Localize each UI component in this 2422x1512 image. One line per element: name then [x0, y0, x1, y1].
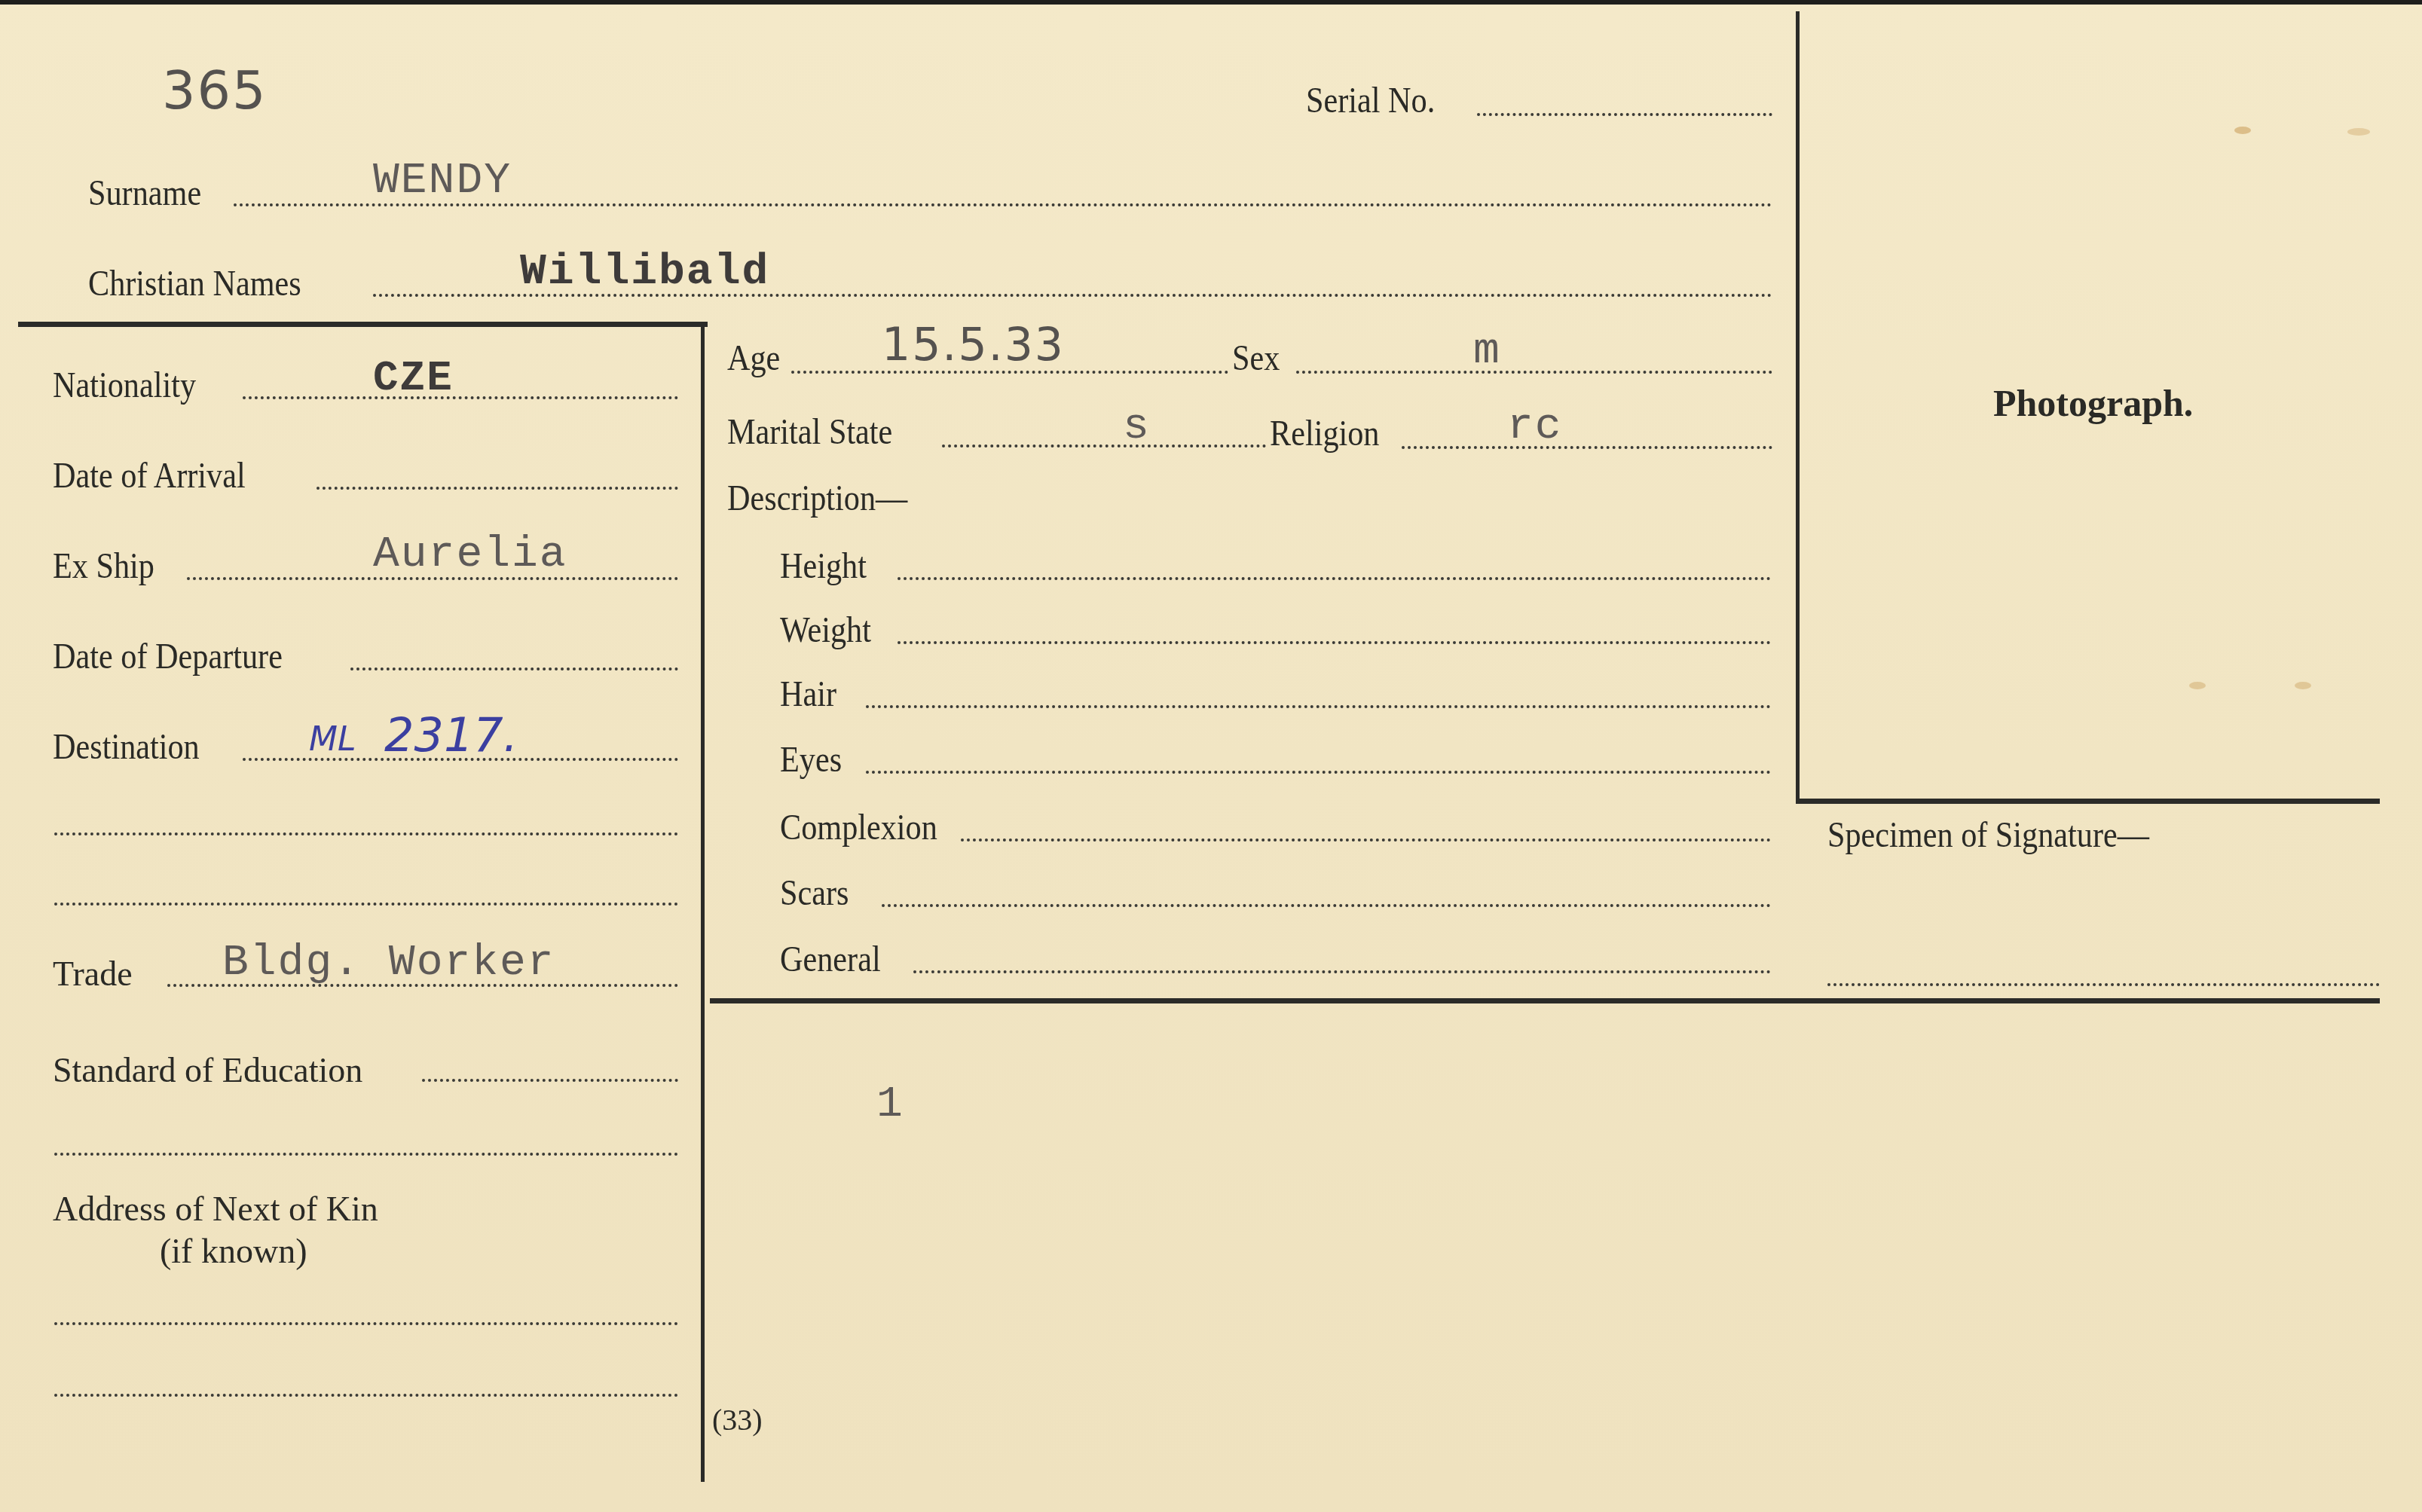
- record-number: 365: [162, 64, 268, 117]
- signature-label: Specimen of Signature—: [1827, 817, 2149, 854]
- destination-prefix: ML: [309, 723, 356, 756]
- ex-ship-label: Ex Ship: [53, 548, 154, 585]
- destination-extra-line-2[interactable]: [54, 903, 678, 906]
- date-of-arrival-field[interactable]: [317, 487, 678, 490]
- next-of-kin-label: Address of Next of Kin: [53, 1192, 378, 1226]
- serial-no-field[interactable]: [1477, 113, 1772, 116]
- date-of-departure-label: Date of Departure: [53, 639, 283, 675]
- typed-note: 1: [876, 1083, 904, 1127]
- surname-label: Surname: [88, 176, 201, 212]
- trade-value: Bldg. Worker: [222, 942, 555, 985]
- description-eyes-field[interactable]: [866, 771, 1771, 774]
- age-value: 15.5.33: [882, 322, 1065, 368]
- destination-label: Destination: [53, 729, 200, 765]
- christian-names-label: Christian Names: [88, 266, 301, 302]
- description-label: Description—: [727, 481, 907, 517]
- description-scars-field[interactable]: [882, 904, 1771, 907]
- religion-label: Religion: [1270, 416, 1379, 452]
- paper-stain: [2347, 128, 2370, 136]
- card-top-edge: [0, 0, 2422, 5]
- serial-no-label: Serial No.: [1306, 83, 1435, 119]
- description-height-field[interactable]: [898, 577, 1771, 580]
- paper-stain: [2189, 682, 2206, 689]
- sex-label: Sex: [1232, 341, 1280, 377]
- description-scars-label: Scars: [780, 875, 849, 912]
- next-of-kin-sublabel: (if known): [160, 1234, 307, 1269]
- marital-state-label: Marital State: [727, 414, 892, 451]
- education-label: Standard of Education: [53, 1053, 362, 1088]
- description-hair-field[interactable]: [866, 705, 1771, 708]
- photograph-area[interactable]: [1801, 11, 2380, 795]
- religion-value: rc: [1507, 405, 1563, 449]
- surname-value: WENDY: [373, 160, 512, 203]
- description-general-label: General: [780, 942, 881, 978]
- rule-left-vertical: [701, 322, 705, 1482]
- christian-names-value: Willibald: [520, 251, 769, 295]
- signature-field[interactable]: [1827, 983, 2380, 986]
- next-of-kin-line-2[interactable]: [54, 1394, 678, 1397]
- form-code: (33): [712, 1405, 763, 1435]
- age-label: Age: [727, 341, 780, 377]
- description-general-field[interactable]: [913, 970, 1771, 973]
- next-of-kin-line-1[interactable]: [54, 1322, 678, 1325]
- description-hair-label: Hair: [780, 677, 836, 713]
- sex-value: m: [1473, 330, 1501, 374]
- rule-photo-vertical: [1796, 11, 1800, 802]
- marital-state-value: s: [1123, 405, 1151, 449]
- description-height-label: Height: [780, 548, 867, 585]
- nationality-value: CZE: [373, 357, 454, 399]
- paper-stain: [2295, 682, 2311, 689]
- rule-photo-bottom: [1796, 799, 2380, 804]
- date-of-departure-field[interactable]: [350, 667, 678, 670]
- rule-left-top: [18, 322, 708, 327]
- ex-ship-value: Aurelia: [373, 533, 567, 577]
- sex-field[interactable]: [1296, 371, 1772, 374]
- religion-field[interactable]: [1402, 446, 1772, 449]
- destination-value: 2317.: [384, 712, 518, 759]
- registration-card: 365 Serial No. Surname WENDY Christian N…: [0, 0, 2422, 1512]
- destination-extra-line-1[interactable]: [54, 832, 678, 835]
- rule-lower: [710, 998, 2380, 1003]
- paper-stain: [2234, 127, 2251, 134]
- trade-label: Trade: [53, 957, 133, 991]
- education-field[interactable]: [422, 1079, 678, 1082]
- date-of-arrival-label: Date of Arrival: [53, 458, 246, 494]
- education-extra-line[interactable]: [54, 1153, 678, 1156]
- description-complexion-label: Complexion: [780, 810, 937, 846]
- description-complexion-field[interactable]: [961, 838, 1771, 842]
- description-weight-field[interactable]: [898, 641, 1771, 644]
- nationality-field[interactable]: [243, 396, 678, 399]
- nationality-label: Nationality: [53, 368, 196, 404]
- description-eyes-label: Eyes: [780, 742, 842, 778]
- description-weight-label: Weight: [780, 612, 871, 649]
- marital-state-field[interactable]: [942, 444, 1266, 447]
